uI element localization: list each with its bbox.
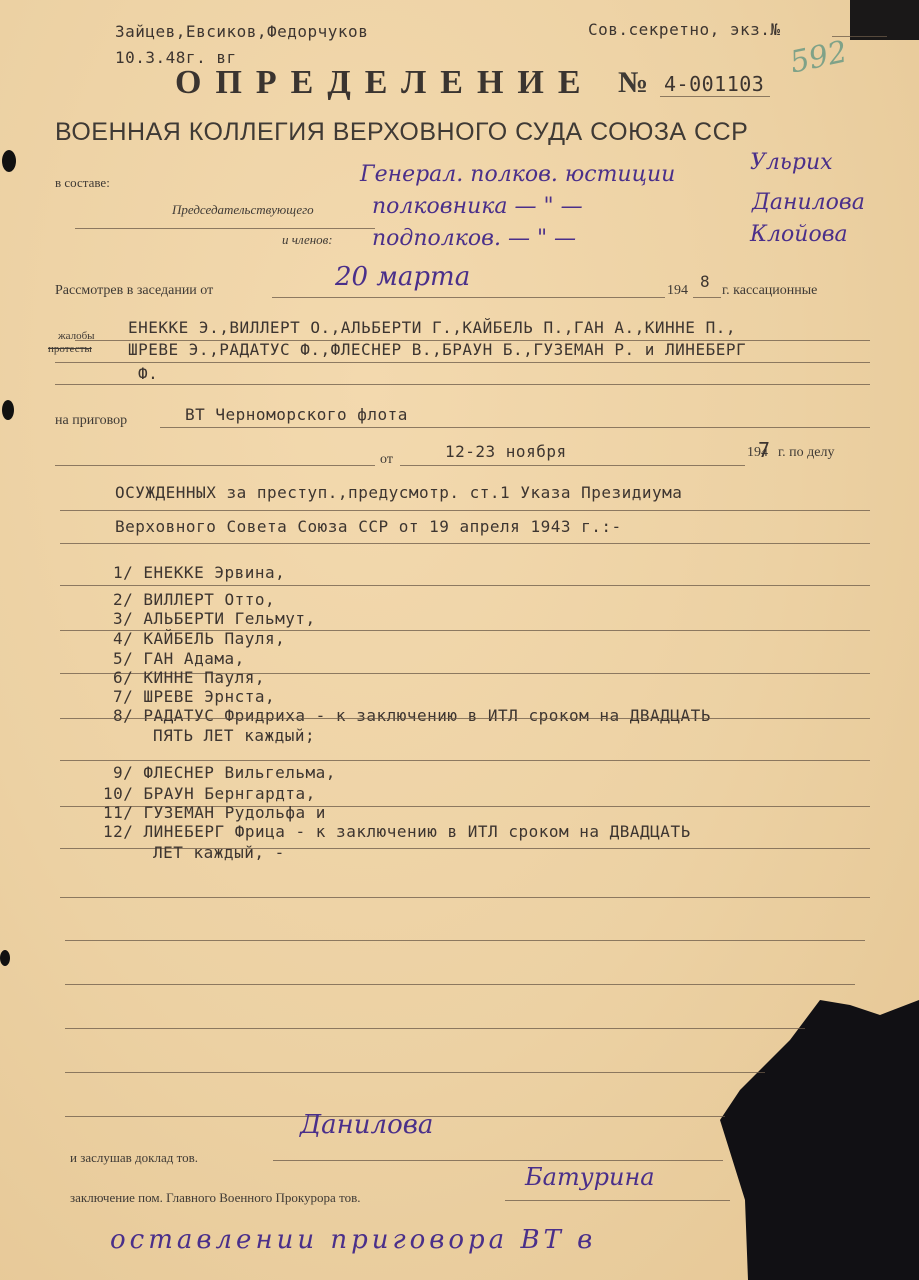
conclusion-handwritten: оставлении приговора ВТ в (110, 1225, 596, 1255)
document-number: 4-001103 (664, 72, 764, 96)
classification-stamp: Сов.секретно, экз.№ (588, 20, 781, 39)
handwritten-name-3: Клойова (750, 222, 848, 247)
session-year-suffix: 8 (700, 272, 710, 291)
convicted-item: ПЯТЬ ЛЕТ каждый; (153, 726, 315, 745)
convicted-item: 3/ АЛЬБЕРТИ Гельмут, (113, 609, 316, 628)
form-line (75, 228, 375, 229)
convicted-item: 7/ ШРЕВЕ Эрнста, (113, 687, 275, 706)
report-label: и заслушав доклад тов. (70, 1150, 198, 1166)
form-line (160, 427, 870, 428)
form-line (55, 384, 870, 385)
convicted-item: ЛЕТ каждый, - (153, 843, 285, 862)
handwritten-name-1: Ульрих (750, 150, 833, 175)
tribunal: ВТ Черноморского флота (185, 405, 408, 424)
convicted-item: 4/ КАЙБЕЛЬ Пауля, (113, 629, 285, 648)
considered-label: Рассмотрев в заседании от (55, 283, 213, 299)
handwritten-rank-3: подполков. — " — (372, 226, 576, 251)
convicted-item: 9/ ФЛЕСНЕР Вильгельма, (113, 763, 336, 782)
authors-line: Зайцев,Евсиков,Федорчуков (115, 22, 368, 41)
punch-hole (2, 150, 16, 172)
verdict-dates: 12-23 ноября (445, 442, 567, 461)
convicted-item: 12/ ЛИНЕБЕРГ Фрица - к заключению в ИТЛ … (103, 822, 691, 841)
number-sign: № (618, 66, 648, 100)
convicted-item: 2/ ВИЛЛЕРТ Отто, (113, 590, 275, 609)
year-line (693, 297, 721, 298)
form-line (60, 718, 870, 719)
charge-line-1: ОСУЖДЕННЫХ за преступ.,предусмотр. ст.1 … (115, 483, 682, 502)
form-line (273, 1160, 723, 1161)
form-line (55, 362, 870, 363)
verdict-year-tail: г. по делу (778, 445, 834, 461)
form-line (60, 897, 870, 898)
prosecutor-label: заключение пом. Главного Военного Прокур… (70, 1190, 360, 1206)
form-line (60, 585, 870, 586)
number-underline (660, 96, 770, 97)
charge-line-2: Верховного Совета Союза ССР от 19 апреля… (115, 517, 622, 536)
form-line (505, 1200, 730, 1201)
punch-hole (2, 400, 14, 420)
handwritten-rank-2: полковника — " — (372, 194, 583, 219)
reporter-handwritten: Данилова (300, 1110, 433, 1140)
court-name: ВОЕННАЯ КОЛЛЕГИЯ ВЕРХОВНОГО СУДА СОЮЗА С… (55, 118, 748, 147)
background-edge (850, 0, 919, 40)
convicted-item: 5/ ГАН Адама, (113, 649, 245, 668)
form-line (60, 510, 870, 511)
composition-label: в составе: (55, 175, 110, 191)
date-line-field (272, 297, 665, 298)
prosecutor-handwritten: Батурина (525, 1163, 655, 1191)
punch-hole (0, 950, 10, 966)
convicted-item: 11/ ГУЗЕМАН Рудольфа и (103, 803, 326, 822)
document-title: ОПРЕДЕЛЕНИЕ (175, 64, 595, 102)
handwritten-rank-1: Генерал. полков. юстиции (360, 162, 675, 187)
complainants-line-3: Ф. (138, 364, 158, 383)
form-line (60, 760, 870, 761)
handwritten-name-2: Данилова (752, 190, 865, 215)
session-date-handwritten: 20 марта (335, 262, 470, 292)
members-label: и членов: (282, 232, 333, 248)
verdict-year-suffix: 7 (758, 438, 771, 462)
form-line (60, 543, 870, 544)
form-line (65, 1072, 765, 1073)
form-line (65, 984, 855, 985)
convicted-item: 1/ ЕНЕККЕ Эрвина, (113, 563, 285, 582)
form-line (65, 1028, 805, 1029)
session-year-tail: г. кассационные (722, 283, 817, 299)
form-line (400, 465, 745, 466)
convicted-item: 6/ КИННЕ Пауля, (113, 668, 265, 687)
session-year-prefix: 194 (667, 283, 688, 299)
verdict-from-label: от (380, 452, 393, 468)
form-line (55, 465, 375, 466)
complainants-line-1: ЕНЕККЕ Э.,ВИЛЛЕРТ О.,АЛЬБЕРТИ Г.,КАЙБЕЛЬ… (128, 318, 736, 337)
complainants-line-2: ШРЕВЕ Э.,РАДАТУС Ф.,ФЛЕСНЕР В.,БРАУН Б.,… (128, 340, 746, 359)
verdict-label: на приговор (55, 413, 127, 429)
convicted-item: 10/ БРАУН Бернгардта, (103, 784, 316, 803)
form-line (65, 940, 865, 941)
convicted-item: 8/ РАДАТУС Фридриха - к заключению в ИТЛ… (113, 706, 711, 725)
chair-label: Председательствующего (172, 202, 314, 218)
protests-struck-label: протесты (48, 343, 92, 355)
